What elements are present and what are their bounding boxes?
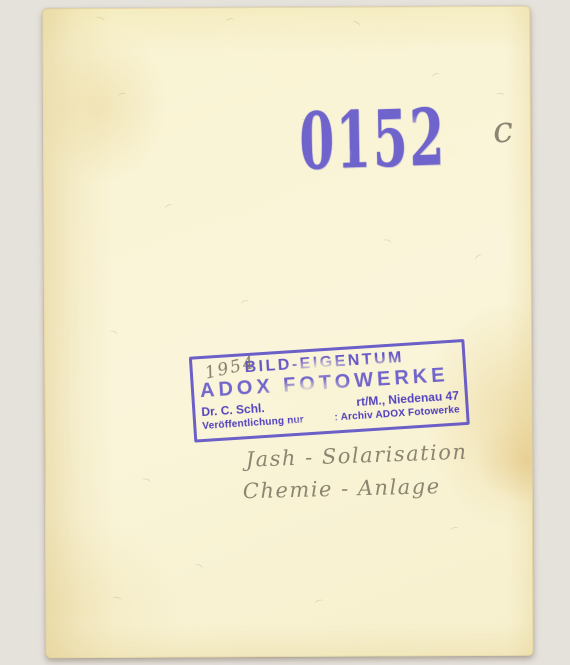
paper-fleck (314, 598, 325, 607)
photograph-scene: 0152 c BILD-EIGENTUM ADOX FOTOWERKE Dr. … (0, 0, 570, 665)
paper-fleck (112, 596, 122, 604)
paper-fleck (193, 563, 204, 572)
paper-fleck (495, 92, 505, 99)
paper-fleck (108, 329, 119, 338)
paper-fleck (350, 20, 361, 30)
pencil-annotation-c: c (492, 112, 515, 149)
paper-fleck (450, 526, 460, 534)
paper-fleck (117, 92, 127, 100)
paper-fleck (431, 72, 442, 81)
paper-fleck (163, 203, 174, 213)
photo-paper-back: 0152 c BILD-EIGENTUM ADOX FOTOWERKE Dr. … (42, 6, 533, 659)
serial-number-stamp: 0152 (299, 99, 447, 182)
handwritten-note-line-2: Chemie - Anlage (243, 474, 441, 503)
handwritten-note-line-1: Jash - Solarisation (245, 440, 468, 472)
adox-property-stamp: BILD-EIGENTUM ADOX FOTOWERKE Dr. C. Schl… (189, 339, 470, 443)
paper-fleck (382, 238, 392, 246)
paper-fleck (474, 253, 485, 263)
paper-fleck (141, 478, 151, 486)
paper-fleck (240, 299, 251, 308)
paper-fleck (225, 17, 235, 25)
paper-fleck (95, 16, 105, 25)
